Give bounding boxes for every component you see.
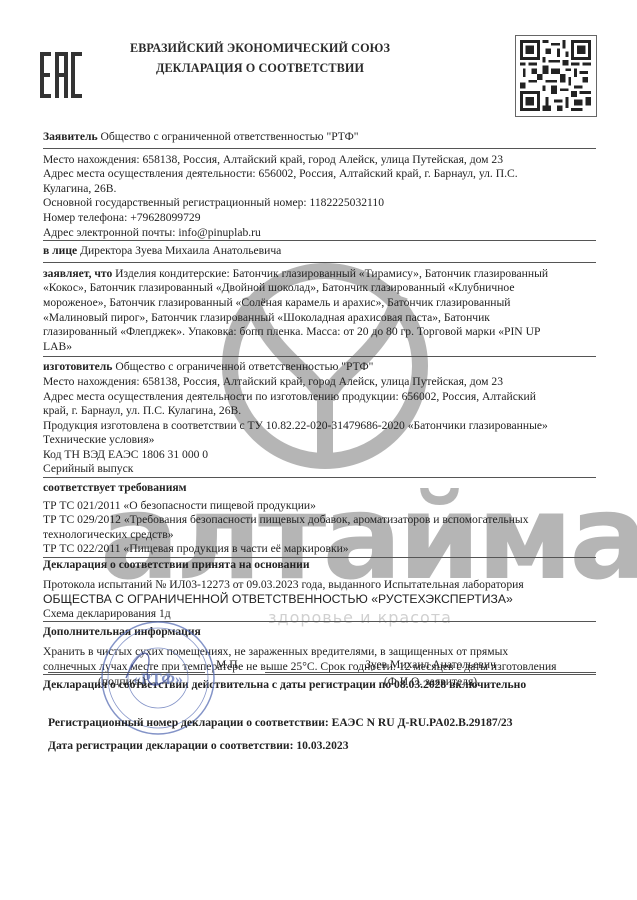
signature-label: (подпись) [98, 675, 146, 688]
product-line: «Кокос», Батончик глазированный «Двойной… [43, 281, 596, 296]
requirement-line: технологических средств» [43, 528, 596, 543]
signature-block: М.П. (подпись) Зуев Михаил Анатольевич (… [48, 658, 596, 698]
applicant-name-label: (Ф.И.О. заявителя) [265, 675, 596, 688]
registration-number: Регистрационный номер декларации о соотв… [48, 716, 513, 729]
document-header: ЕВРАЗИЙСКИЙ ЭКОНОМИЧЕСКИЙ СОЮЗ ДЕКЛАРАЦИ… [110, 38, 410, 78]
product-line: Изделия кондитерские: Батончик глазирова… [112, 267, 548, 280]
represented-by-value: Директора Зуева Михаила Анатольевича [77, 244, 281, 257]
basis-line: Протокола испытаний № ИЛ03-12273 от 09.0… [43, 578, 596, 593]
applicant-email: Адрес электронной почты: info@pinuplab.r… [43, 226, 596, 241]
declaration-body: Заявитель Общество с ограниченной ответс… [43, 130, 596, 693]
applicant-label: Заявитель [43, 130, 98, 143]
basis-line: ОБЩЕСТВА С ОГРАНИЧЕННОЙ ОТВЕТСТВЕННОСТЬЮ… [43, 592, 596, 607]
name-line [265, 672, 596, 673]
applicant-line: Адрес места осуществления деятельности: … [43, 167, 596, 182]
seal-label: М.П. [216, 658, 240, 671]
declares-section: заявляет, что Изделия кондитерские: Бато… [43, 267, 596, 358]
eac-logo-icon [40, 52, 82, 98]
requirements-label: соответствует требованиям [43, 481, 596, 496]
applicant-line: Номер телефона: +79628099729 [43, 211, 596, 226]
manufacturer-name: Общество с ограниченной ответственностью… [112, 360, 373, 373]
basis-section: Декларация о соответствии принята на осн… [43, 558, 596, 622]
product-line: мороженое», Батончик глазированный «Солё… [43, 296, 596, 311]
represented-by-label: в лице [43, 244, 77, 257]
release-type: Серийный выпуск [43, 462, 596, 477]
registration-date: Дата регистрации декларации о соответств… [48, 739, 349, 752]
manufacturer-label: изготовитель [43, 360, 112, 373]
requirement-line: ТР ТС 022/2011 «Пищевая продукция в част… [43, 542, 596, 558]
requirement-line: ТР ТС 021/2011 «О безопасности пищевой п… [43, 499, 596, 514]
product-line: глазированный «Флепджек». Упаковка: бопп… [43, 325, 596, 340]
represented-by: в лице Директора Зуева Михаила Анатольев… [43, 244, 596, 263]
hs-code: Код ТН ВЭД ЕАЭС 1806 31 000 0 [43, 448, 596, 463]
manufacturer-section: изготовитель Общество с ограниченной отв… [43, 360, 596, 478]
product-line: LAB» [43, 340, 596, 355]
applicant-line: Основной государственный регистрационный… [43, 196, 596, 211]
additional-label: Дополнительная информация [43, 625, 596, 640]
basis-label: Декларация о соответствии принята на осн… [43, 558, 596, 573]
signature-line [48, 672, 205, 673]
union-title: ЕВРАЗИЙСКИЙ ЭКОНОМИЧЕСКИЙ СОЮЗ [110, 38, 410, 58]
qr-code-icon [515, 35, 597, 117]
requirements-section: соответствует требованиям ТР ТС 021/2011… [43, 481, 596, 558]
applicant-line: Кулагина, 26В. [43, 182, 596, 197]
applicant-name: Общество с ограниченной ответственностью… [98, 130, 359, 143]
product-line: «Малиновый пирог», Батончик глазированны… [43, 311, 596, 326]
applicant-line: Место нахождения: 658138, Россия, Алтайс… [43, 153, 596, 168]
applicant-details: Место нахождения: 658138, Россия, Алтайс… [43, 153, 596, 242]
requirement-line: ТР ТС 029/2012 «Требования безопасности … [43, 513, 596, 528]
manufacturer-line: Адрес места осуществления деятельности п… [43, 390, 596, 405]
manufacturer-line: край, г. Барнаул, ул. П.С. Кулагина, 26В… [43, 404, 596, 419]
manufacturer-line: Место нахождения: 658138, Россия, Алтайс… [43, 375, 596, 390]
manufacturer-line: Продукция изготовлена в соответствии с Т… [43, 419, 596, 434]
declaration-scheme: Схема декларирования 1д [43, 607, 596, 623]
declares-label: заявляет, что [43, 267, 112, 280]
applicant-section: Заявитель Общество с ограниченной ответс… [43, 130, 596, 149]
applicant-full-name: Зуев Михаил Анатольевич [265, 658, 596, 671]
manufacturer-line: Технические условия» [43, 433, 596, 448]
document-title: ДЕКЛАРАЦИЯ О СООТВЕТСТВИИ [110, 58, 410, 78]
